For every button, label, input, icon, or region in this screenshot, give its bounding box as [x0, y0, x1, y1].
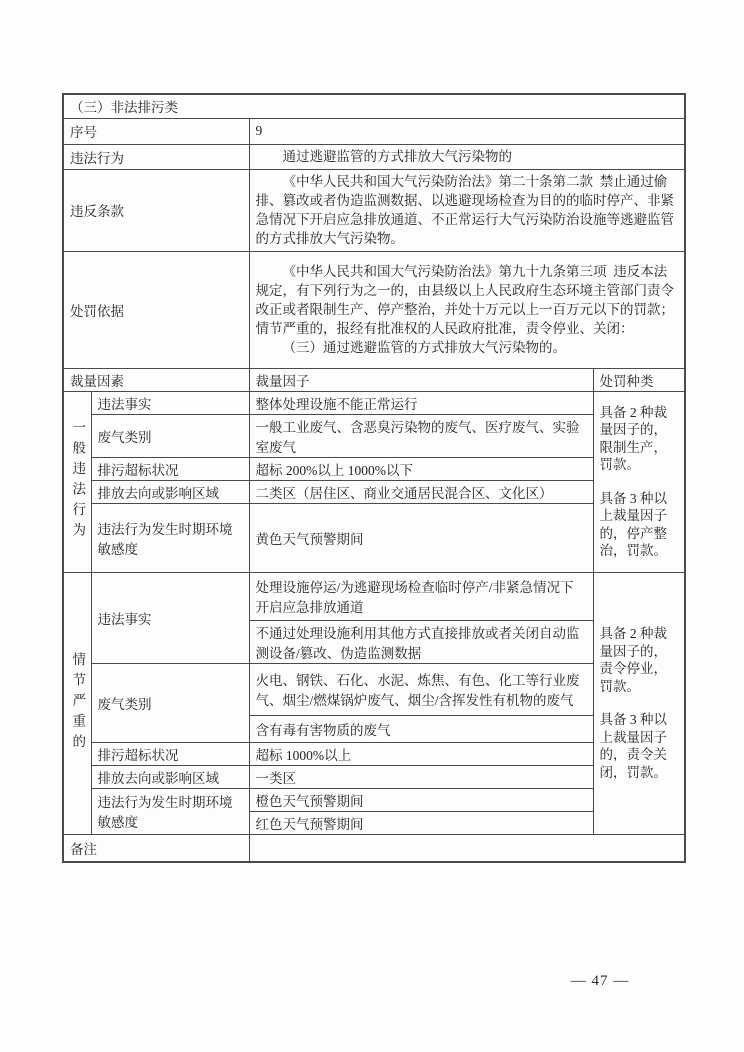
violation-discretion-table: （三）非法排污类 序号 9 违法行为 通过逃避监管的方式排放大气污染物的 违反条… — [62, 93, 686, 863]
severe-penalty-cell: 具备 2 种裁量因子的，责令停业，罚款。 具备 3 种以上裁量因子的，责令关闭，… — [593, 572, 685, 834]
severe-penalty-paragraph-2: 具备 3 种以上裁量因子的，责令关闭，罚款。 — [600, 711, 679, 781]
severe-fact-value-2: 不通过处理设施利用其他方式直接排放或者关闭自动监测设备/篡改、伪造监测数据 — [249, 620, 593, 663]
document-page: （三）非法排污类 序号 9 违法行为 通过逃避监管的方式排放大气污染物的 违反条… — [0, 0, 744, 1052]
severe-gas-value-1: 火电、钢铁、石化、水泥、炼焦、有色、化工等行业废气、烟尘/燃煤锅炉废气、烟尘/含… — [249, 663, 593, 715]
general-penalty-cell: 具备 2 种裁量因子的，限制生产，罚款。 具备 3 种以上裁量因子的，停产整治，… — [593, 391, 685, 572]
behavior-label: 违法行为 — [63, 144, 249, 169]
header-factor-category: 裁量因素 — [63, 368, 249, 391]
basis-value: 《中华人民共和国大气污染防治法》第九十九条第三项 违反本法规定，有下列行为之一的… — [249, 251, 685, 368]
behavior-value: 通过逃避监管的方式排放大气污染物的 — [249, 144, 685, 169]
general-exceed-label: 排污超标状况 — [91, 457, 249, 480]
severe-gas-value-2: 含有毒有害物质的废气 — [249, 715, 593, 742]
general-penalty-paragraph-1: 具备 2 种裁量因子的，限制生产，罚款。 — [600, 404, 679, 474]
header-penalty-type: 处罚种类 — [593, 368, 685, 391]
severe-fact-value-1: 处理设施停运/为逃避现场检查临时停产/非紧急情况下开启应急排放通道 — [249, 572, 593, 620]
severe-penalty-paragraph-1: 具备 2 种裁量因子的，责令停业，罚款。 — [600, 625, 679, 695]
general-fact-value: 整体处理设施不能正常运行 — [249, 391, 593, 414]
section-title: （三）非法排污类 — [63, 94, 685, 118]
basis-label: 处罚依据 — [63, 251, 249, 368]
serial-label: 序号 — [63, 118, 249, 144]
basis-paragraph-2: （三）通过逃避监管的方式排放大气污染物的。 — [256, 338, 679, 357]
basis-paragraph-1: 《中华人民共和国大气污染防治法》第九十九条第三项 违反本法规定，有下列行为之一的… — [256, 262, 679, 338]
general-area-label: 排放去向或影响区域 — [91, 480, 249, 503]
severe-exceed-label: 排污超标状况 — [91, 742, 249, 765]
group-label-general: 一般违法行为 — [63, 391, 91, 572]
general-period-value: 黄色天气预警期间 — [249, 503, 593, 572]
remark-value — [249, 834, 685, 862]
general-area-value: 二类区（居住区、商业交通居民混合区、文化区） — [249, 480, 593, 503]
severe-area-label: 排放去向或影响区域 — [91, 765, 249, 788]
severe-exceed-value: 超标 1000%以上 — [249, 742, 593, 765]
general-gas-value: 一般工业废气、含恶臭污染物的废气、医疗废气、实验室废气 — [249, 414, 593, 457]
clause-value: 《中华人民共和国大气污染防治法》第二十条第二款 禁止通过偷排、篡改或者伪造监测数… — [249, 169, 685, 251]
remark-label: 备注 — [63, 834, 249, 862]
general-penalty-paragraph-2: 具备 3 种以上裁量因子的，停产整治，罚款。 — [600, 490, 679, 560]
page-number: — 47 — — [540, 973, 660, 990]
serial-value: 9 — [249, 118, 685, 144]
general-gas-label: 废气类别 — [91, 414, 249, 457]
severe-period-label: 违法行为发生时期环境敏感度 — [91, 788, 249, 834]
severe-area-value: 一类区 — [249, 765, 593, 788]
general-exceed-value: 超标 200%以上 1000%以下 — [249, 457, 593, 480]
group-label-severe: 情节严重的 — [63, 572, 91, 834]
severe-gas-label: 废气类别 — [91, 663, 249, 742]
clause-text: 《中华人民共和国大气污染防治法》第二十条第二款 禁止通过偷排、篡改或者伪造监测数… — [256, 172, 679, 248]
severe-fact-label: 违法事实 — [91, 572, 249, 663]
clause-label: 违反条款 — [63, 169, 249, 251]
severe-period-value-1: 橙色天气预警期间 — [249, 788, 593, 811]
behavior-text: 通过逃避监管的方式排放大气污染物的 — [256, 147, 679, 166]
severe-period-value-2: 红色天气预警期间 — [249, 811, 593, 834]
header-factor: 裁量因子 — [249, 368, 593, 391]
general-period-label: 违法行为发生时期环境敏感度 — [91, 503, 249, 572]
general-fact-label: 违法事实 — [91, 391, 249, 414]
